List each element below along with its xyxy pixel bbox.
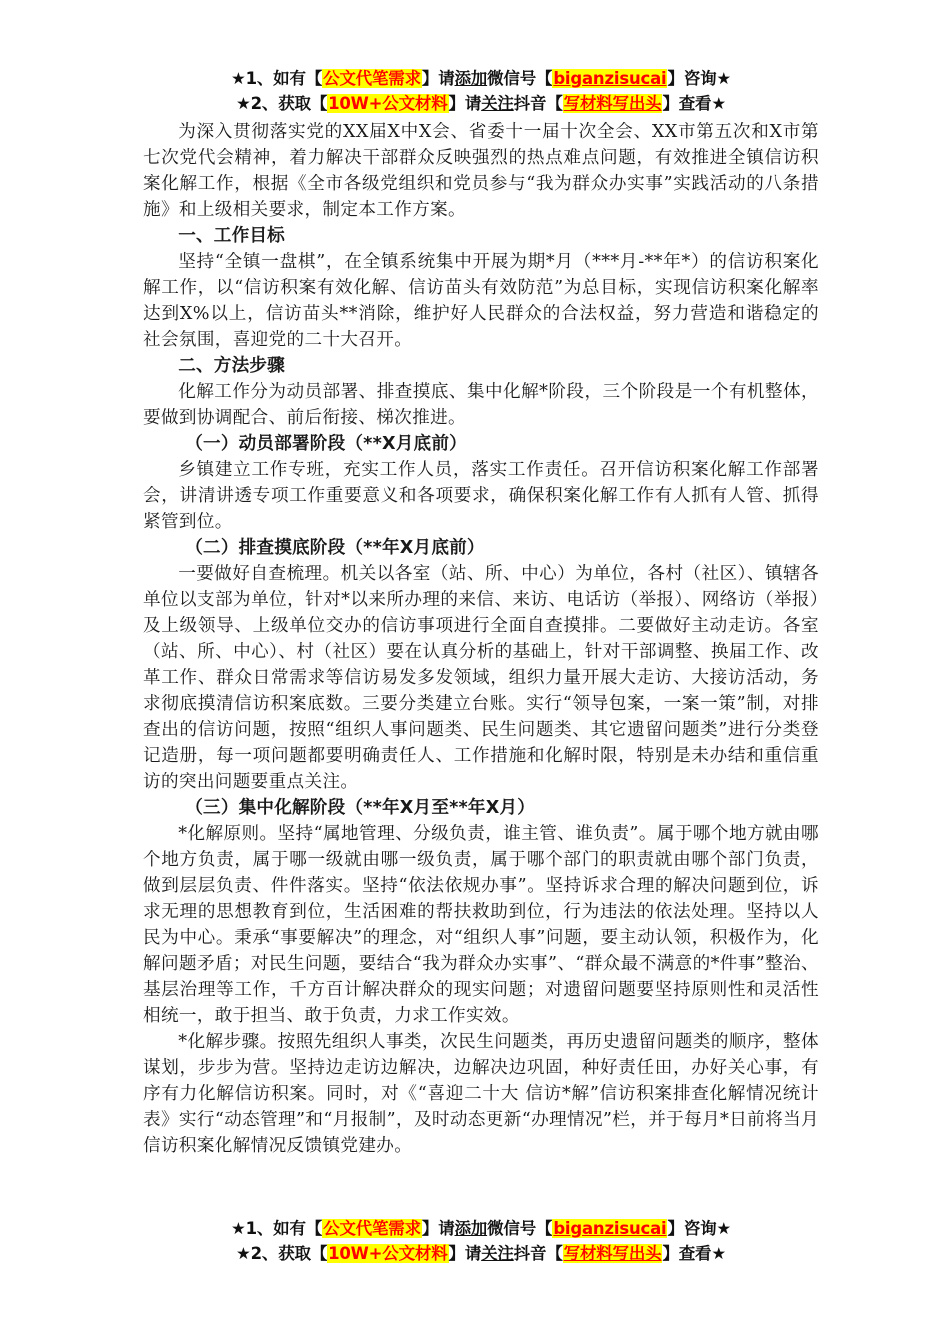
promo-douyin-id: 写材料写出头 [563,1244,663,1263]
promo-line-2: ★2、获取【10W+公文材料】请关注抖音【写材料写出头】查看★ [143,1241,819,1266]
promo-text: 】请 [422,69,455,88]
promo-text: ★1、如有【 [231,69,322,88]
document-page: ★1、如有【公文代笔需求】请添加微信号【biganzisucai】咨询★ ★2、… [143,66,819,1159]
promo-text: 】请 [449,94,482,113]
promo-line-1: ★1、如有【公文代笔需求】请添加微信号【biganzisucai】咨询★ [143,66,819,91]
intro-paragraph: 为深入贯彻落实党的XX届X中X会、省委十一届十次全会、XX市第五次和X市第七次党… [143,119,819,223]
promo-wechat-id: biganzisucai [552,1219,667,1238]
promo-underline: 添加 [455,1219,488,1238]
promo-text: 】咨询★ [667,69,731,88]
promo-underline: 添加 [455,69,488,88]
document-body: 为深入贯彻落实党的XX届X中X会、省委十一届十次全会、XX市第五次和X市第七次党… [143,119,819,1159]
stage-paragraph: 乡镇建立工作专班，充实工作人员，落实工作责任。召开信访积案化解工作部署会，讲清讲… [143,457,819,535]
stage-paragraph: 一要做好自查梳理。机关以各室（站、所、中心）为单位，各村（社区）、镇辖各单位以支… [143,561,819,795]
stage-heading-mobilization: （一）动员部署阶段（**X月底前） [143,431,819,457]
promo-text: 】查看★ [662,94,726,113]
stage-paragraph: *化解原则。坚持“属地管理、分级负责，谁主管、谁负责”。属于哪个地方就由哪个地方… [143,821,819,1029]
promo-wechat-id: biganzisucai [552,69,667,88]
promo-line-1: ★1、如有【公文代笔需求】请添加微信号【biganzisucai】咨询★ [143,1216,819,1241]
promo-text: 微信号【 [487,1219,552,1238]
promo-highlight: 10W+公文材料 [327,94,448,113]
goals-paragraph: 坚持“全镇一盘棋”，在全镇系统集中开展为期*月（***月-**年*）的信访积案化… [143,249,819,353]
promo-highlight: 公文代笔需求 [322,1219,422,1238]
promo-underline: 关注 [481,1244,514,1263]
promo-text: 微信号【 [487,69,552,88]
stage-heading-investigation: （二）排查摸底阶段（**年X月底前） [143,535,819,561]
promo-text: 】请 [422,1219,455,1238]
stage-heading-resolution: （三）集中化解阶段（**年X月至**年X月） [143,795,819,821]
promo-line-2: ★2、获取【10W+公文材料】请关注抖音【写材料写出头】查看★ [143,91,819,116]
section-heading-goals: 一、工作目标 [143,223,819,249]
stage-paragraph: *化解步骤。按照先组织人事类，次民生问题类，再历史遗留问题类的顺序，整体谋划，步… [143,1029,819,1159]
promo-text: ★2、获取【 [236,94,327,113]
promo-text: ★1、如有【 [231,1219,322,1238]
promo-underline: 关注 [481,94,514,113]
promo-text: 】查看★ [662,1244,726,1263]
promo-text: 抖音【 [514,1244,563,1263]
promo-text: 】咨询★ [667,1219,731,1238]
promo-text: ★2、获取【 [236,1244,327,1263]
promo-highlight: 公文代笔需求 [322,69,422,88]
promo-text: 抖音【 [514,94,563,113]
promo-highlight: 10W+公文材料 [327,1244,448,1263]
section-heading-methods: 二、方法步骤 [143,353,819,379]
promo-text: 】请 [449,1244,482,1263]
promo-banner-top: ★1、如有【公文代笔需求】请添加微信号【biganzisucai】咨询★ ★2、… [143,66,819,116]
promo-banner-bottom: ★1、如有【公文代笔需求】请添加微信号【biganzisucai】咨询★ ★2、… [143,1216,819,1266]
promo-douyin-id: 写材料写出头 [563,94,663,113]
methods-paragraph: 化解工作分为动员部署、排查摸底、集中化解*阶段，三个阶段是一个有机整体，要做到协… [143,379,819,431]
